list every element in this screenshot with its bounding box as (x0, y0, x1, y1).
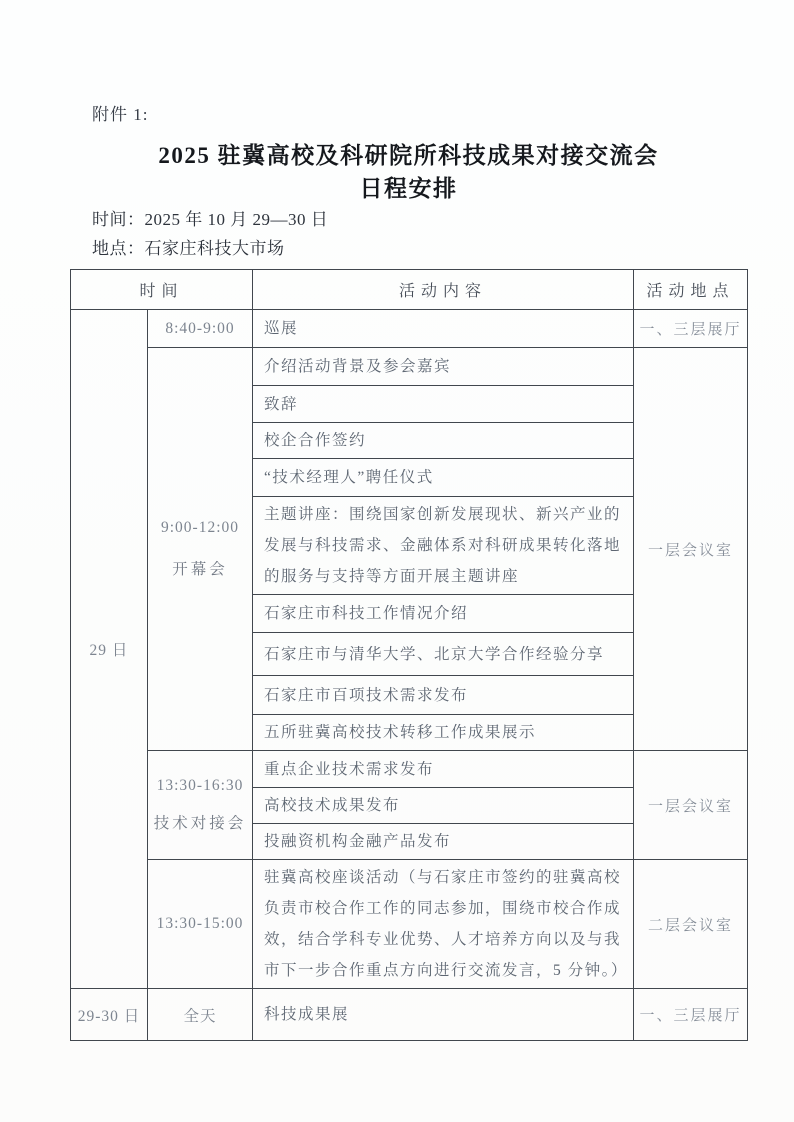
date-cell-day1: 29 日 (71, 310, 148, 989)
activity-speech: 致辞 (253, 386, 634, 423)
activity-appointment: “技术经理人”聘任仪式 (253, 459, 634, 497)
activity-tour: 巡展 (253, 310, 634, 348)
time-cell-opening: 9:00-12:00 开幕会 (148, 348, 253, 751)
schedule-table: 时间 活动内容 活动地点 29 日 8:40-9:00 巡展 一、三层展厅 9:… (70, 269, 748, 1041)
location-tour: 一、三层展厅 (634, 310, 748, 348)
activity-finance-products: 投融资机构金融产品发布 (253, 824, 634, 860)
table-row: 29 日 8:40-9:00 巡展 一、三层展厅 (71, 310, 748, 348)
title-line-2: 日程安排 (70, 172, 747, 205)
title-line-1: 2025 驻冀高校及科研院所科技成果对接交流会 (70, 139, 747, 172)
time-cell-expo: 全天 (148, 989, 253, 1041)
time-cell-matching: 13:30-16:30 技术对接会 (148, 751, 253, 860)
matching-time: 13:30-16:30 (157, 777, 244, 795)
meeting-place: 地点：石家庄科技大市场 (92, 234, 747, 263)
table-row: 9:00-12:00 开幕会 介绍活动背景及参会嘉宾 一层会议室 (71, 348, 748, 386)
time-cell-tour: 8:40-9:00 (148, 310, 253, 348)
time-cell-forum: 13:30-15:00 (148, 860, 253, 989)
activity-city-intro: 石家庄市科技工作情况介绍 (253, 595, 634, 633)
header-location: 活动地点 (634, 270, 748, 310)
document-title: 2025 驻冀高校及科研院所科技成果对接交流会 日程安排 (70, 139, 747, 205)
attachment-label: 附件 1: (92, 100, 747, 125)
activity-enterprise-demand: 重点企业技术需求发布 (253, 751, 634, 788)
activity-intro: 介绍活动背景及参会嘉宾 (253, 348, 634, 386)
table-row: 13:30-15:00 驻冀高校座谈活动（与石家庄市签约的驻冀高校负责市校合作工… (71, 860, 748, 989)
opening-time: 9:00-12:00 (161, 519, 239, 537)
meeting-time: 时间：2025 年 10 月 29—30 日 (92, 205, 747, 234)
location-expo: 一、三层展厅 (634, 989, 748, 1041)
table-row: 29-30 日 全天 科技成果展 一、三层展厅 (71, 989, 748, 1041)
activity-signing: 校企合作签约 (253, 423, 634, 459)
table-row: 13:30-16:30 技术对接会 重点企业技术需求发布 一层会议室 (71, 751, 748, 788)
activity-forum: 驻冀高校座谈活动（与石家庄市签约的驻冀高校负责市校合作工作的同志参加，围绕市校合… (253, 860, 634, 989)
location-opening: 一层会议室 (634, 348, 748, 751)
opening-session-name: 开幕会 (172, 557, 228, 579)
activity-university-results: 高校技术成果发布 (253, 788, 634, 824)
activity-demand-release: 石家庄市百项技术需求发布 (253, 676, 634, 715)
matching-session-name: 技术对接会 (154, 811, 247, 833)
header-time: 时间 (71, 270, 253, 310)
activity-expo: 科技成果展 (253, 989, 634, 1041)
document-page: 附件 1: 2025 驻冀高校及科研院所科技成果对接交流会 日程安排 时间：20… (0, 0, 794, 1122)
location-forum: 二层会议室 (634, 860, 748, 989)
activity-cooperation-share: 石家庄市与清华大学、北京大学合作经验分享 (253, 633, 634, 676)
location-matching: 一层会议室 (634, 751, 748, 860)
date-cell-expo: 29-30 日 (71, 989, 148, 1041)
activity-transfer-show: 五所驻冀高校技术转移工作成果展示 (253, 715, 634, 751)
header-row: 时间 活动内容 活动地点 (71, 270, 748, 310)
header-content: 活动内容 (253, 270, 634, 310)
activity-lecture: 主题讲座：围绕国家创新发展现状、新兴产业的发展与科技需求、金融体系对科研成果转化… (253, 497, 634, 595)
